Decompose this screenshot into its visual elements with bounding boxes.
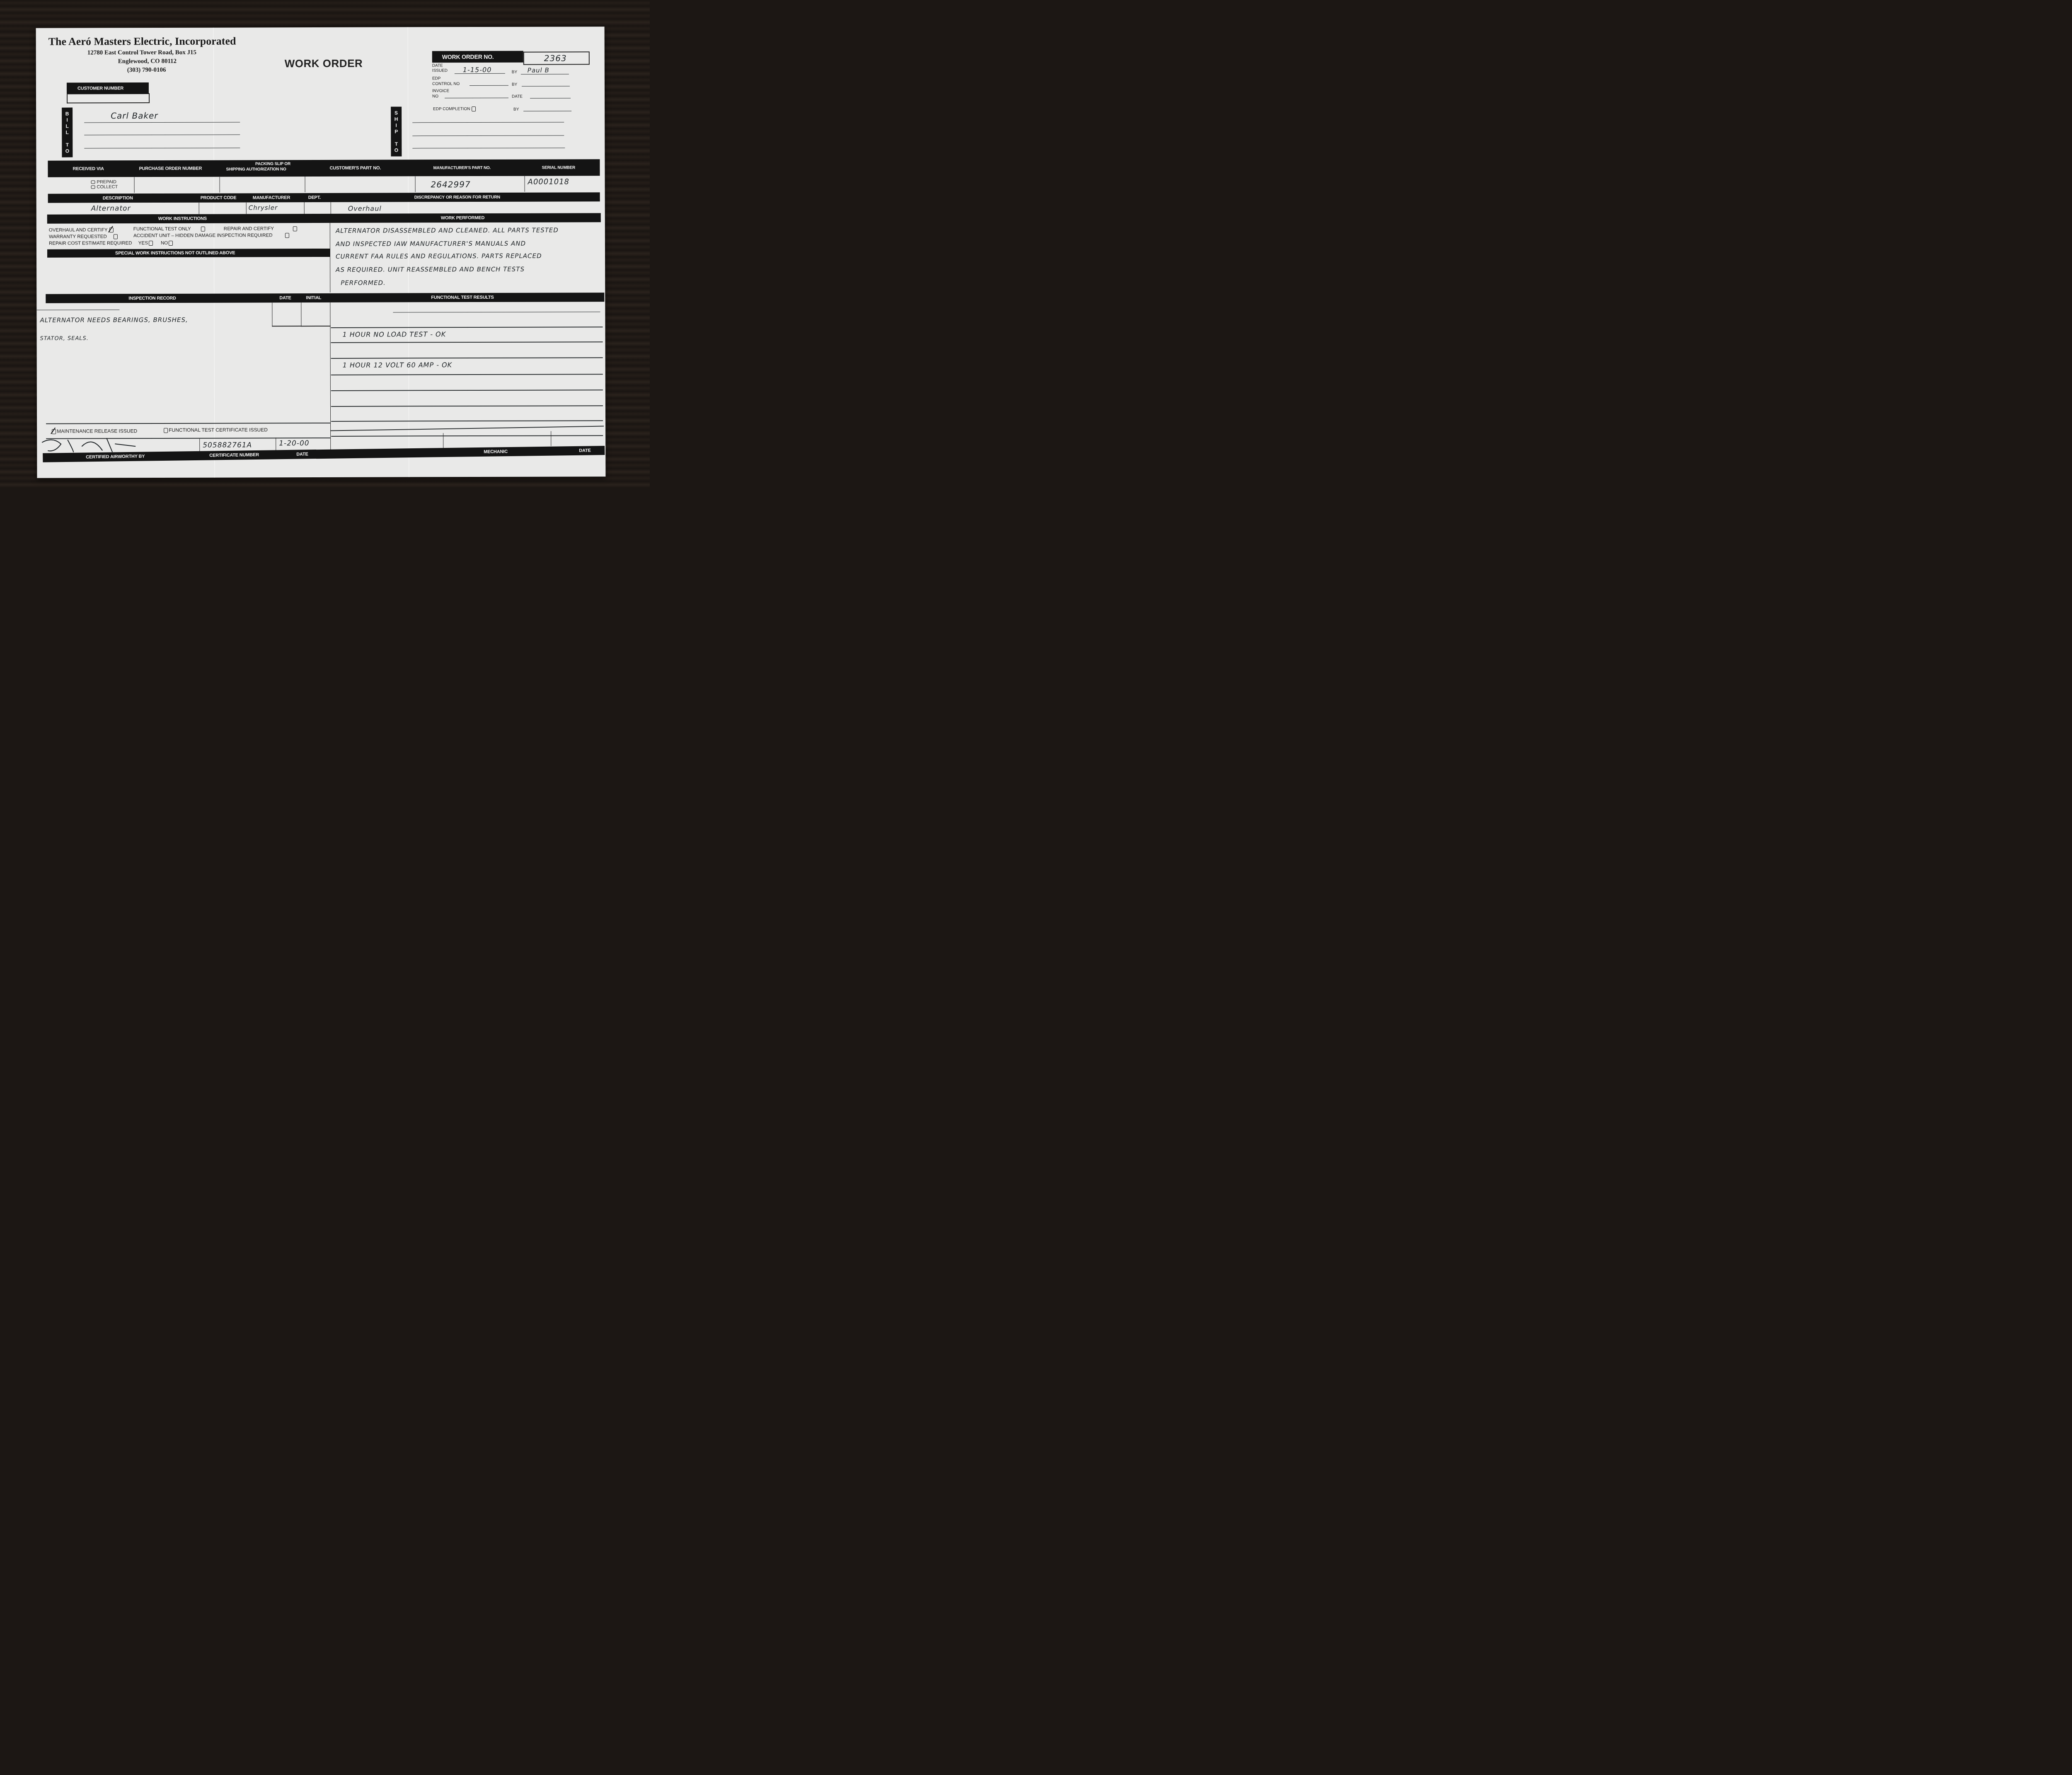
divider (443, 433, 443, 449)
inspection-record-field[interactable]: ALTERNATOR NEEDS BEARINGS, BRUSHES, STAT… (38, 313, 271, 438)
description-field[interactable]: Alternator (48, 203, 198, 215)
option-warranty-requested[interactable]: WARRANTY REQUESTED (49, 234, 118, 239)
dept-field[interactable] (305, 202, 330, 214)
company-address: 12780 East Control Tower Road, Box J15 (87, 49, 196, 57)
bill-to-line-2[interactable] (84, 135, 240, 135)
shipping-info-row: PREPAID COLLECT 2642997 A0001018 (48, 176, 600, 193)
date-issued-label: DATEISSUED (432, 63, 448, 73)
work-instructions-bar: WORK INSTRUCTIONS WORK PERFORMED (47, 213, 601, 223)
certified-airworthy-by-field[interactable] (40, 434, 198, 452)
mechanic-field[interactable] (332, 434, 442, 448)
ship-to-line-3[interactable] (412, 148, 565, 148)
edp-by-label: BY (512, 82, 517, 87)
bill-to-line-1-value: Carl Baker (111, 111, 158, 121)
repair-and-certify-checkbox[interactable] (293, 226, 297, 231)
overhaul-and-certify-checkbox[interactable] (109, 227, 114, 232)
issued-by-value: Paul B (528, 67, 549, 74)
divider (551, 431, 551, 446)
ship-to-line-1[interactable] (412, 122, 564, 123)
estimate-yes-checkbox[interactable] (149, 241, 153, 246)
mechanic-date-field[interactable] (552, 432, 601, 446)
option-accident-unit[interactable]: ACCIDENT UNIT – HIDDEN DAMAGE INSPECTION… (133, 233, 289, 238)
column-divider (330, 223, 330, 293)
invoice-date-field[interactable] (530, 98, 571, 98)
functional-cert-option[interactable]: FUNCTIONAL TEST CERTIFICATE ISSUED (164, 427, 268, 433)
option-overhaul-and-certify[interactable]: OVERHAUL AND CERTIFY (49, 227, 114, 232)
option-repair-and-certify[interactable]: REPAIR AND CERTIFY (224, 226, 297, 231)
option-functional-test-only[interactable]: FUNCTIONAL TEST ONLY (133, 227, 205, 232)
company-city: Englewood, CO 80112 (118, 58, 177, 65)
functional-test-line-3[interactable] (331, 374, 603, 375)
estimate-no-checkbox[interactable] (169, 241, 173, 246)
special-instructions-field[interactable] (47, 258, 329, 293)
edp-control-field[interactable] (470, 85, 508, 86)
option-repair-cost-estimate: REPAIR COST ESTIMATE REQUIRED YES NO (49, 241, 173, 246)
functional-test-line-5[interactable] (331, 405, 603, 407)
rule (36, 310, 119, 310)
edp-completion-label: EDP COMPLETION (433, 106, 476, 111)
functional-cert-checkbox[interactable] (164, 428, 168, 433)
shipping-info-header: RECEIVED VIA PURCHASE ORDER NUMBER PACKI… (48, 159, 600, 177)
serial-number-field[interactable]: A0001018 (525, 176, 600, 191)
work-order-no-field[interactable]: 2363 (523, 51, 590, 65)
packing-slip-field[interactable] (220, 177, 305, 193)
edp-control-label: EDPCONTROL NO (432, 76, 460, 87)
company-phone: (303) 790-0106 (127, 67, 166, 74)
maintenance-release-checkbox[interactable] (52, 429, 56, 434)
bill-to-line-1[interactable] (84, 122, 240, 123)
functional-test-line-2[interactable]: 1 HOUR 12 VOLT 60 AMP - OK (343, 361, 452, 369)
prepaid-checkbox[interactable] (91, 181, 95, 184)
date-issued-value: 1-15-00 (463, 66, 492, 74)
edp-completion-by-label: BY (513, 107, 519, 112)
inspection-initial-field[interactable] (301, 302, 330, 326)
collect-checkbox[interactable] (91, 186, 95, 189)
functional-test-line-4[interactable] (331, 389, 603, 391)
form-title: WORK ORDER (285, 57, 363, 70)
edp-completion-by-field[interactable] (523, 111, 571, 111)
inspection-date-field[interactable] (272, 302, 301, 326)
accident-unit-checkbox[interactable] (285, 233, 289, 238)
customer-number-header: CUSTOMER NUMBER (67, 82, 149, 94)
item-info-row: Alternator Chrysler Overhaul (48, 201, 600, 214)
product-code-field[interactable] (200, 202, 245, 214)
customer-number-field[interactable] (67, 93, 150, 104)
ship-to-label: SHIP TO (391, 106, 402, 156)
bill-to-line-3[interactable] (84, 148, 240, 149)
customer-part-field[interactable] (306, 176, 415, 192)
functional-test-only-checkbox[interactable] (201, 227, 205, 232)
issued-by-label: BY (512, 70, 517, 75)
invoice-no-field[interactable] (445, 98, 508, 98)
invoice-date-label: DATE (512, 94, 523, 99)
warranty-requested-checkbox[interactable] (114, 234, 118, 239)
bill-to-label: BILL TO (62, 108, 73, 157)
functional-test-line-1[interactable]: 1 HOUR NO LOAD TEST - OK (342, 330, 446, 339)
received-via-options: PREPAID COLLECT (91, 179, 118, 189)
maintenance-release-option[interactable]: MAINTENANCE RELEASE ISSUED (52, 428, 137, 434)
work-performed-field[interactable]: ALTERNATOR DISASSEMBLED AND CLEANED. ALL… (333, 224, 598, 293)
divider (199, 439, 200, 453)
discrepancy-field[interactable]: Overhaul (332, 201, 600, 214)
special-instructions-header: SPECIAL WORK INSTRUCTIONS NOT OUTLINED A… (47, 249, 330, 258)
work-order-no-header: WORK ORDER NO. (432, 51, 523, 63)
edp-completion-checkbox[interactable] (472, 106, 476, 111)
functional-test-line-6[interactable] (331, 420, 603, 422)
work-order-form: The Aeró Masters Electric, Incorporated … (36, 27, 606, 478)
edp-by-field[interactable] (522, 86, 570, 86)
manufacturer-part-field[interactable]: 2642997 (416, 176, 525, 192)
ship-to-line-2[interactable] (412, 135, 564, 136)
purchase-order-field[interactable] (135, 177, 220, 193)
company-name: The Aeró Masters Electric, Incorporated (48, 35, 236, 48)
manufacturer-field[interactable]: Chrysler (247, 202, 303, 214)
